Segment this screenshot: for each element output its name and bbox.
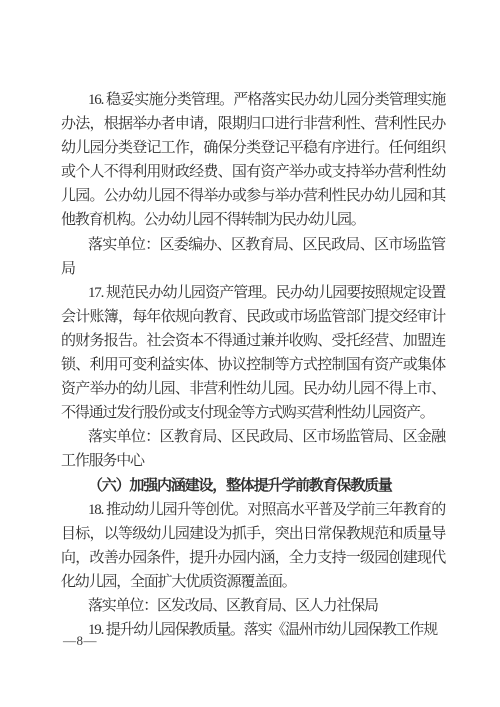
paragraph-item-16: 16. 稳妥实施分类管理。严格落实民办幼儿园分类管理实施办法，根据举办者申请，限… (61, 88, 445, 233)
paragraph-item-18: 18. 推动幼儿园升等创优。对照高水平普及学前三年教育的目标，以等级幼儿园建设为… (61, 498, 445, 594)
implementation-units-17: 落实单位：区教育局、区民政局、区市场监管局、区金融工作服务中心 (61, 425, 445, 473)
document-page: 16. 稳妥实施分类管理。严格落实民办幼儿园分类管理实施办法，根据举办者申请，限… (0, 0, 500, 707)
section-heading-six: （六）加强内涵建设，整体提升学前教育保教质量 (61, 474, 445, 498)
document-body: 16. 稳妥实施分类管理。严格落实民办幼儿园分类管理实施办法，根据举办者申请，限… (61, 88, 445, 642)
implementation-units-18: 落实单位：区发改局、区教育局、区人力社保局 (61, 594, 445, 618)
page-number: —8— (63, 633, 97, 649)
paragraph-item-17: 17. 规范民办幼儿园资产管理。民办幼儿园要按照规定设置会计账簿，每年依规向教育… (61, 281, 445, 426)
paragraph-item-19: 19. 提升幼儿园保教质量。落实《温州市幼儿园保教工作规 (61, 618, 445, 642)
implementation-units-16: 落实单位：区委编办、区教育局、区民政局、区市场监管局 (61, 233, 445, 281)
